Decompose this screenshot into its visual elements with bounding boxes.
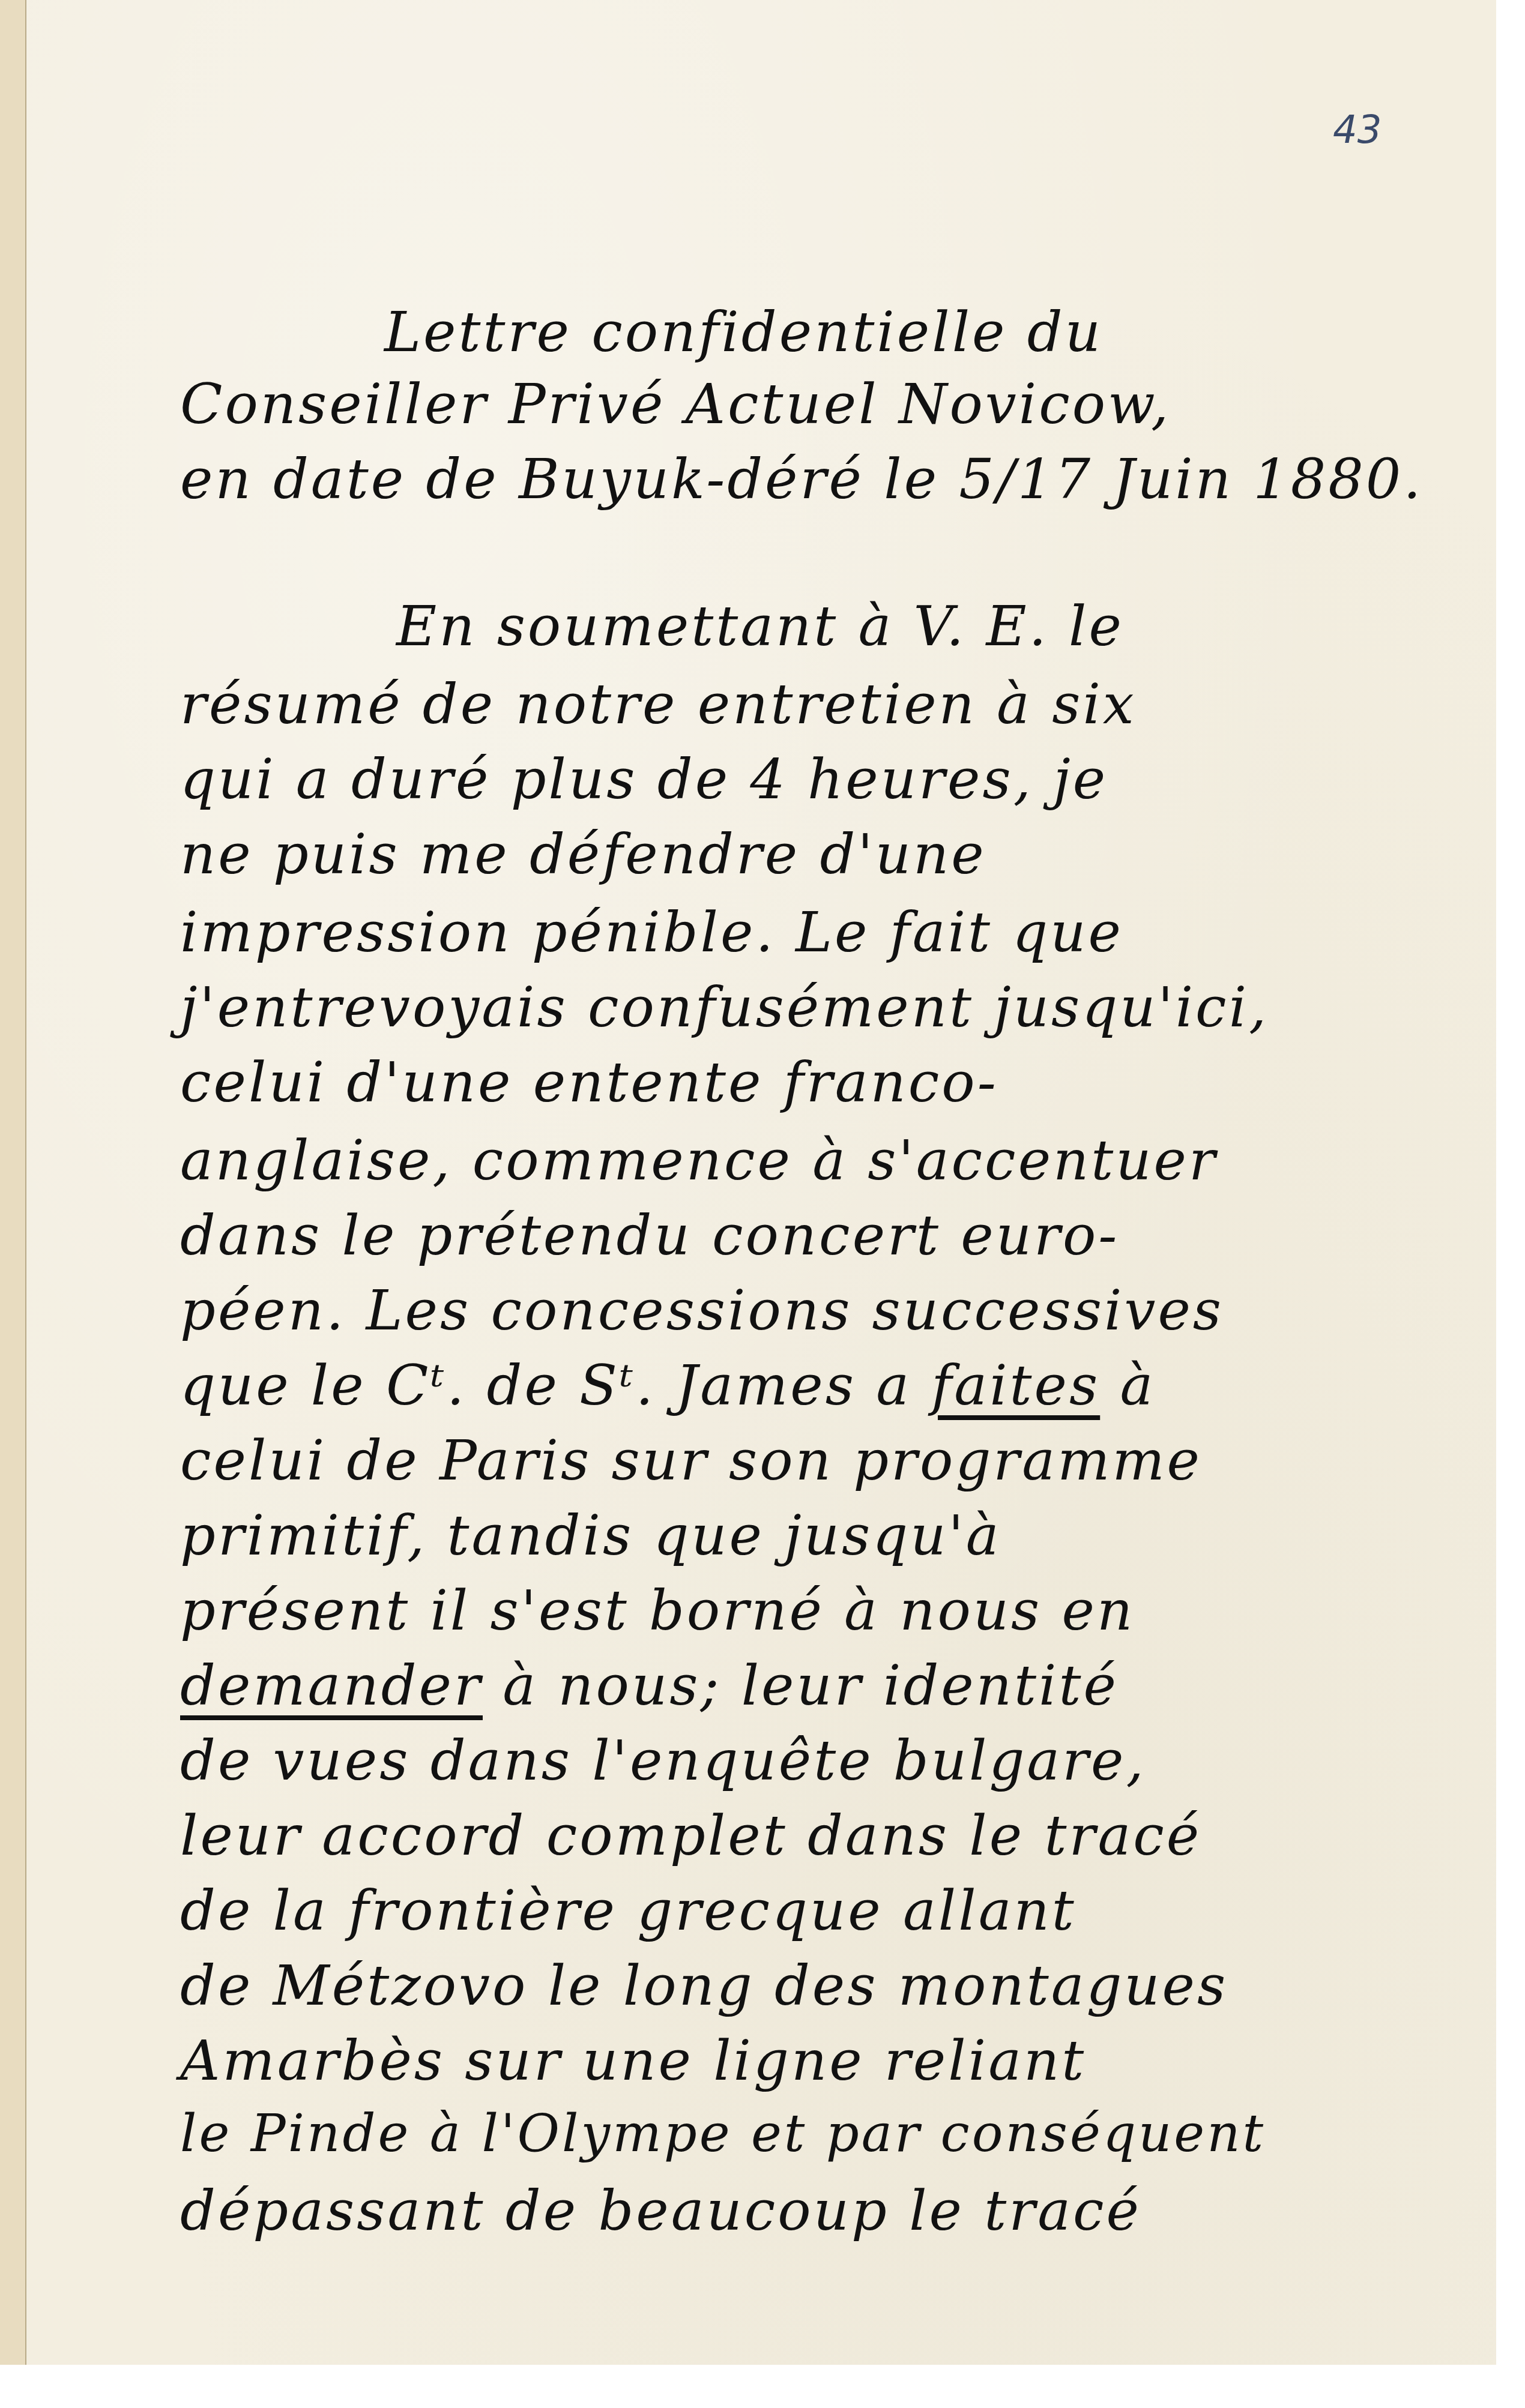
body-line-21: le Pinde à l'Olympe et par conséquent	[180, 2104, 1266, 2164]
body-line-1: En soumettant à V. E. le	[396, 594, 1124, 658]
body-line-4: ne puis me défendre d'une	[180, 822, 986, 886]
body-line-18: de la frontière grecque allant	[180, 1879, 1077, 1943]
body-line-10: péen. Les concessions successives	[180, 1278, 1224, 1343]
underlined-demander: demander	[180, 1654, 483, 1718]
body-line-16: de vues dans l'enquête bulgare,	[180, 1729, 1146, 1793]
body-line-3: qui a duré plus de 4 heures, je	[180, 747, 1108, 811]
heading-line-2: Conseiller Privé Actuel Novicow,	[180, 372, 1171, 436]
body-line-20: Amarbès sur une ligne reliant	[180, 2029, 1086, 2093]
body-line-8: anglaise, commence à s'accentuer	[180, 1128, 1218, 1193]
body-line-7: celui d'une entente franco-	[180, 1050, 998, 1115]
body-line-5: impression pénible. Le fait que	[180, 900, 1123, 965]
folio-number: 43	[1333, 108, 1382, 152]
binding-edge	[0, 0, 26, 2365]
line-11-text: que le Cᵗ. de Sᵗ. James a	[180, 1353, 931, 1418]
line-11-suffix: à	[1100, 1353, 1155, 1418]
body-line-19: de Métzovo le long des montagues	[180, 1954, 1228, 2018]
heading-line-1: Lettre confidentielle du	[384, 300, 1103, 364]
underlined-faites: faites	[931, 1353, 1100, 1418]
body-line-9: dans le prétendu concert euro-	[180, 1203, 1119, 1268]
body-line-15: demander à nous; leur identité	[180, 1654, 1119, 1718]
heading-line-3: en date de Buyuk-déré le 5/17 Juin 1880.	[180, 447, 1424, 511]
line-15-suffix: à nous; leur identité	[483, 1654, 1119, 1718]
body-line-2: résumé de notre entretien à six	[180, 672, 1137, 736]
body-line-6: j'entrevoyais confusément jusqu'ici,	[180, 975, 1269, 1040]
body-line-14: présent il s'est borné à nous en	[180, 1579, 1135, 1643]
body-line-12: celui de Paris sur son programme	[180, 1428, 1202, 1493]
body-line-22: dépassant de beaucoup le tracé	[180, 2179, 1141, 2243]
body-line-11: que le Cᵗ. de Sᵗ. James a faites à	[180, 1353, 1155, 1418]
body-line-13: primitif, tandis que jusqu'à	[180, 1503, 1001, 1568]
body-line-17: leur accord complet dans le tracé	[180, 1804, 1201, 1868]
